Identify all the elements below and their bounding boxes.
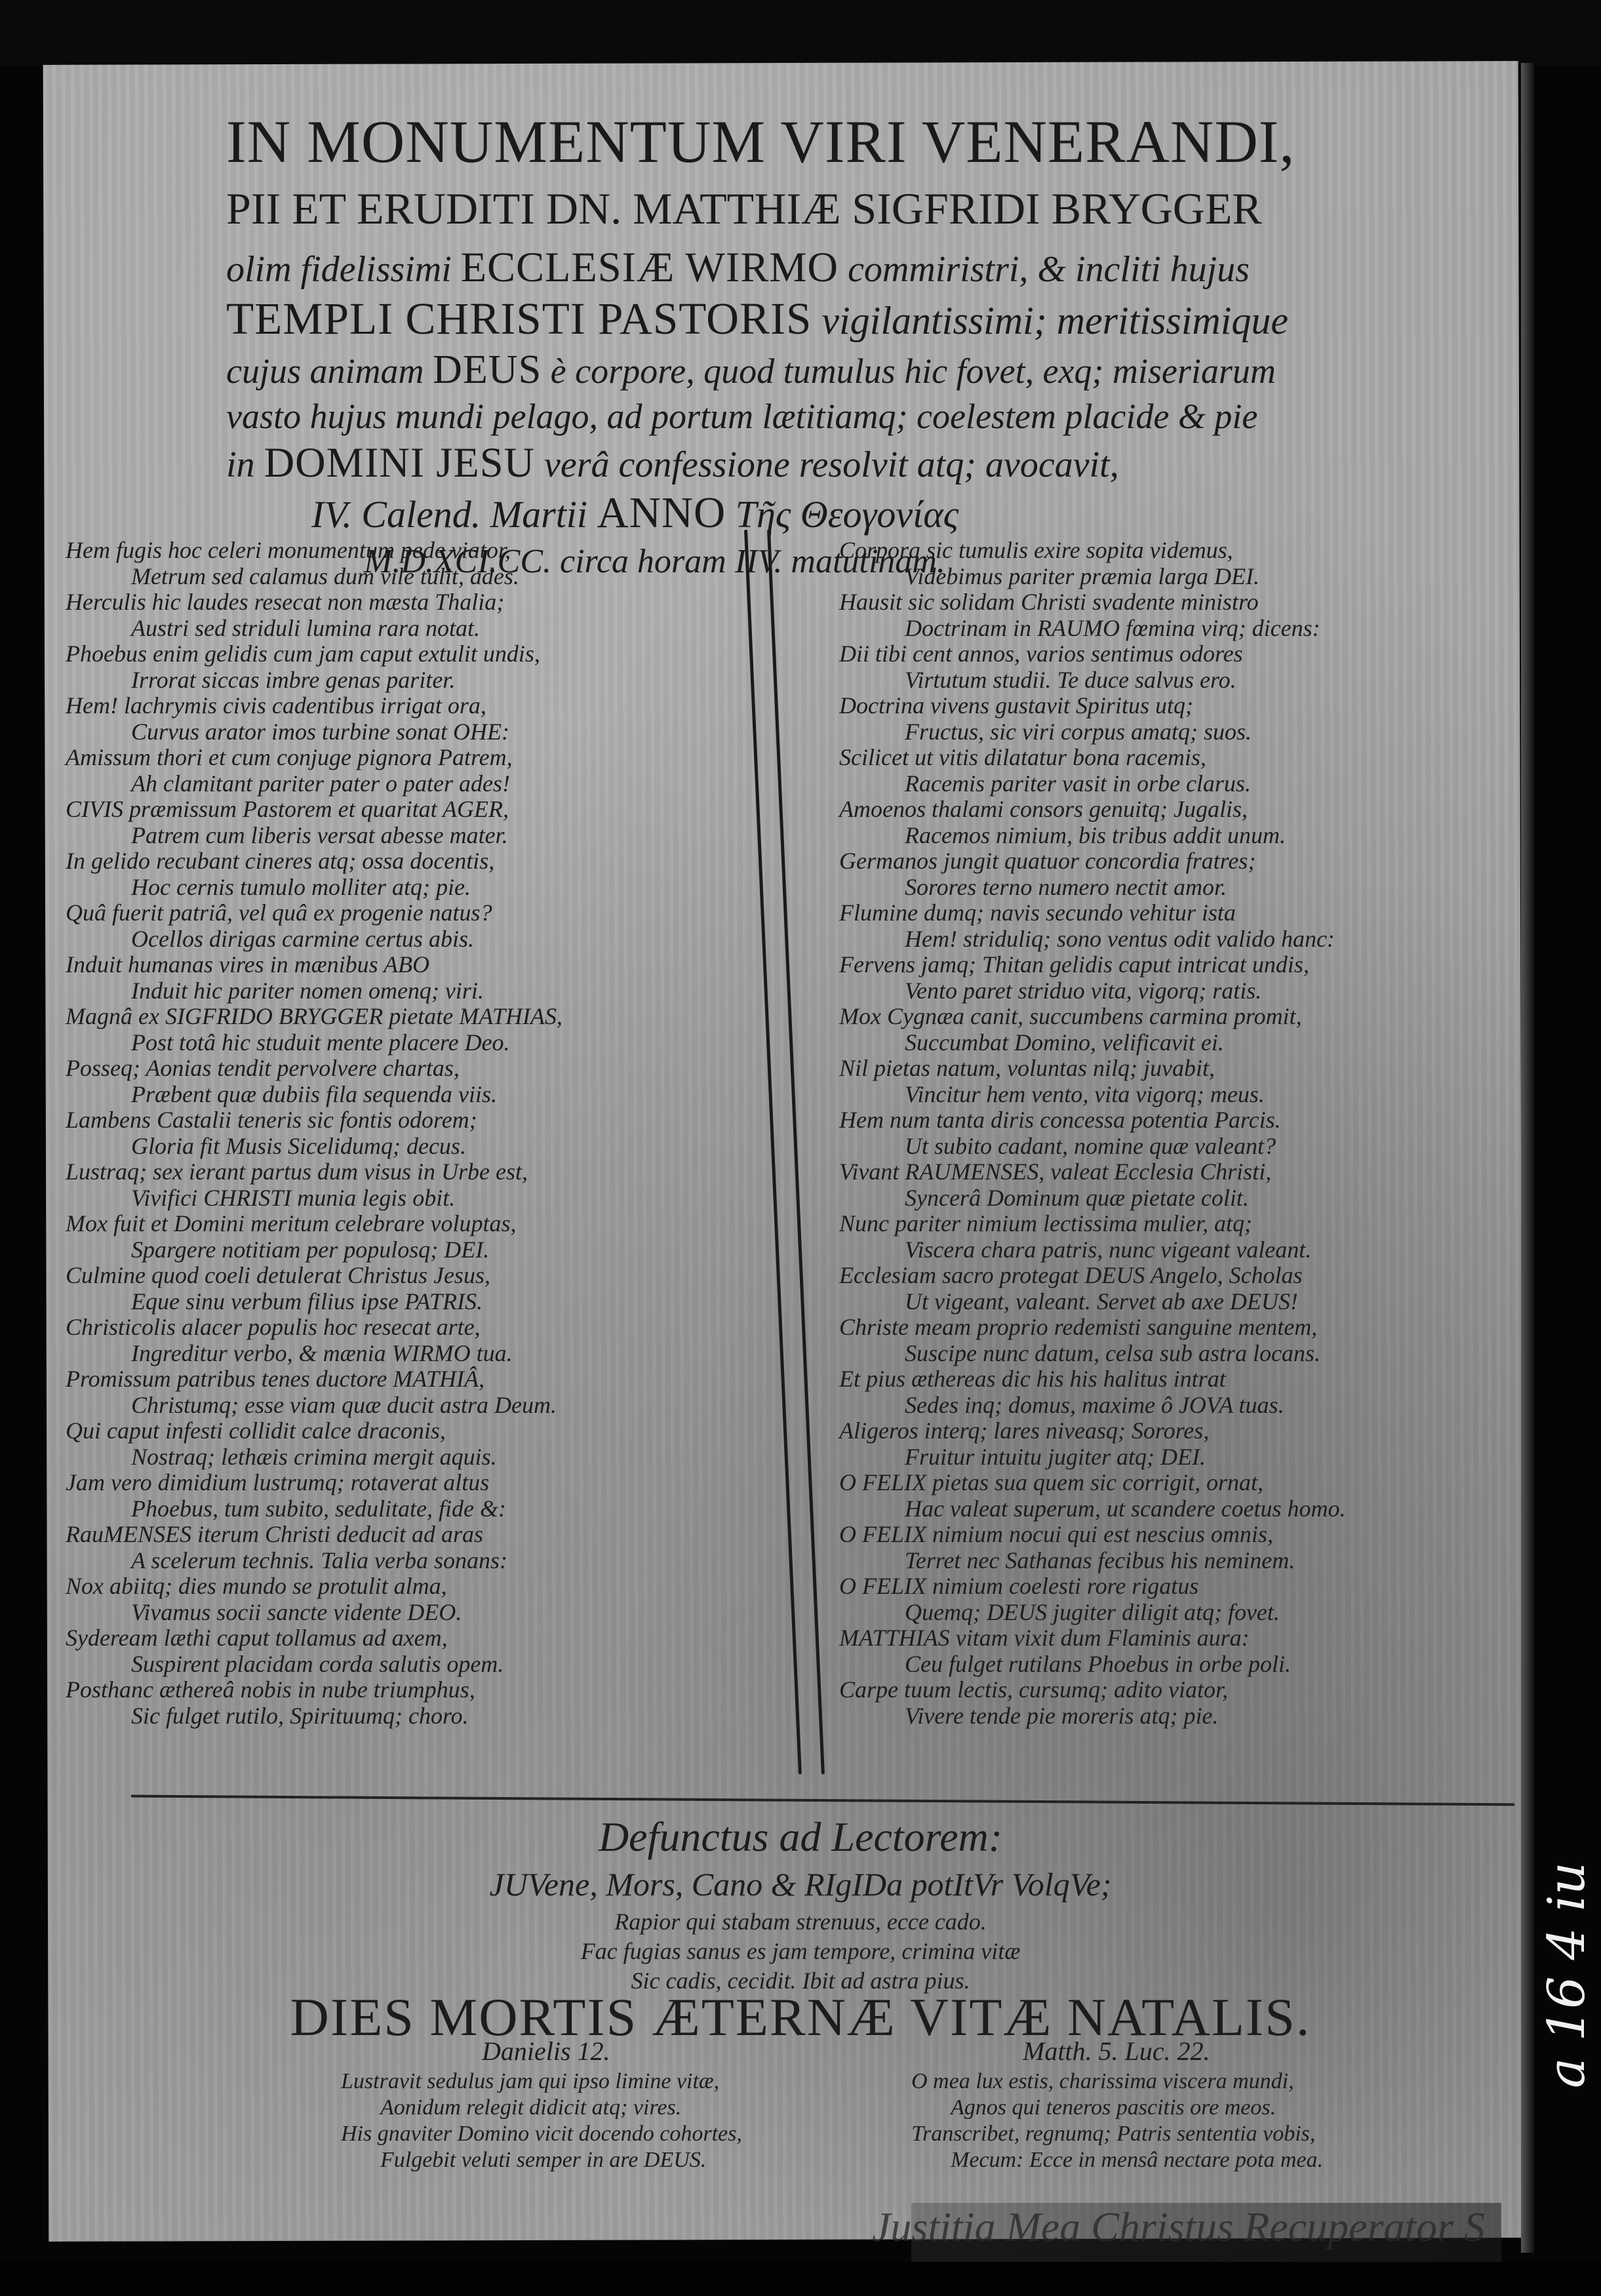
verse-line: Vento paret striduo vita, vigorq; ratis.	[839, 978, 1514, 1004]
verse-line: Mecum: Ecce in mensâ nectare pota mea.	[911, 2147, 1323, 2173]
bottom-verse-left: Lustravit sedulus jam qui ipso limine vi…	[341, 2068, 742, 2173]
verse-line: Carpe tuum lectis, cursumq; adito viator…	[839, 1677, 1514, 1703]
verse-line: Doctrinam in RAUMO fœmina virq; dicens:	[839, 616, 1514, 642]
verse-line: Suspirent placidam corda salutis opem.	[66, 1652, 741, 1678]
verse-line: Ah clamitant pariter pater o pater ades!	[66, 771, 741, 797]
verse-line: Ut subito cadant, nomine quæ valeant?	[839, 1134, 1514, 1160]
title-text: olim fidelissimi	[226, 249, 452, 290]
epitaph-line: Fac fugias sanus es jam tempore, crimina…	[0, 1937, 1601, 1965]
verse-line: Quâ fuerit patriâ, vel quâ ex progenie n…	[66, 900, 741, 926]
title-caps: ANNO	[597, 489, 726, 537]
bottom-verse-right: O mea lux estis, charissima viscera mund…	[911, 2068, 1323, 2173]
verse-line: Amissum thori et cum conjuge pignora Pat…	[66, 745, 741, 771]
verse-line: Vivere tende pie moreris atq; pie.	[839, 1703, 1514, 1730]
verse-line: Hoc cernis tumulo molliter atq; pie.	[66, 875, 741, 901]
verse-line: Agnos qui teneros pascitis ore meos.	[911, 2095, 1323, 2121]
verse-line: Doctrina vivens gustavit Spiritus utq;	[839, 693, 1514, 719]
verse-line: Racemos nimium, bis tribus addit unum.	[839, 823, 1514, 849]
verse-line: Hem num tanta diris concessa potentia Pa…	[839, 1107, 1514, 1134]
title-line-6: vasto hujus mundi pelago, ad portum læti…	[226, 399, 1452, 434]
verse-line: Metrum sed calamus dum vile tulit, ades.	[66, 564, 741, 590]
verse-line: Nil pietas natum, voluntas nilq; juvabit…	[839, 1056, 1514, 1082]
left-verse-column: Hem fugis hoc celeri monumentum pede via…	[66, 538, 741, 1729]
verse-line: Qui caput infesti collidit calce draconi…	[66, 1418, 741, 1444]
verse-line: In gelido recubant cineres atq; ossa doc…	[66, 848, 741, 875]
verse-line: CIVIS præmissum Pastorem et quaritat AGE…	[66, 797, 741, 823]
verse-line: Phoebus, tum subito, sedulitate, fide &:	[66, 1496, 741, 1522]
title-caps: DEUS	[433, 347, 542, 392]
verse-line: Videbimus pariter præmia larga DEI.	[839, 564, 1514, 590]
verse-line: Vivamus socii sancte vidente DEO.	[66, 1600, 741, 1626]
title-text: cujus animam	[226, 351, 424, 391]
verse-line: Hem fugis hoc celeri monumentum pede via…	[66, 538, 741, 564]
title-caps: ECCLESIÆ WIRMO	[461, 244, 839, 290]
verse-line: Amoenos thalami consors genuitq; Jugalis…	[839, 797, 1514, 823]
verse-line: Post totâ hic studuit mente placere Deo.	[66, 1030, 741, 1056]
title-text: in	[226, 445, 255, 485]
verse-line: Lustravit sedulus jam qui ipso limine vi…	[341, 2068, 742, 2095]
verse-line: Virtutum studii. Te duce salvus ero.	[839, 667, 1514, 694]
verse-line: Transcribet, regnumq; Patris sententia v…	[911, 2121, 1323, 2147]
verse-line: Sic fulget rutilo, Spirituumq; choro.	[66, 1703, 741, 1730]
right-verse-column: Corpora sic tumulis exire sopita videmus…	[839, 538, 1514, 1729]
verse-line: Suscipe nunc datum, celsa sub astra loca…	[839, 1341, 1514, 1367]
epitaph-line: Rapior qui stabam strenuus, ecce cado.	[0, 1908, 1601, 1935]
verse-line: Ocellos dirigas carmine certus abis.	[66, 926, 741, 953]
verse-line: Fervens jamq; Thitan gelidis caput intri…	[839, 952, 1514, 978]
verse-line: Austri sed striduli lumina rara notat.	[66, 616, 741, 642]
verse-line: Hac valeat superum, ut scandere coetus h…	[839, 1496, 1514, 1522]
verse-line: Spargere notitiam per populosq; DEI.	[66, 1237, 741, 1263]
verse-line: Et pius æthereas dic his his halitus int…	[839, 1366, 1514, 1393]
verse-line: Syncerâ Dominum quæ pietate colit.	[839, 1185, 1514, 1212]
title-text: commiristri, & incliti hujus	[848, 249, 1250, 290]
verse-line: Christicolis alacer populis hoc resecat …	[66, 1315, 741, 1341]
verse-line: Germanos jungit quatuor concordia fratre…	[839, 848, 1514, 875]
archive-handwritten-mark: a 16 4 iu	[1537, 1862, 1596, 2088]
verse-line: A scelerum technis. Talia verba sonans:	[66, 1548, 741, 1574]
verse-line: Vivifici CHRISTI munia legis obit.	[66, 1185, 741, 1212]
verse-line: O FELIX pietas sua quem sic corrigit, or…	[839, 1470, 1514, 1496]
title-line-4: TEMPLI CHRISTI PASTORIS vigilantissimi; …	[226, 296, 1452, 342]
verse-line: Sedes inq; domus, maxime ô JOVA tuas.	[839, 1393, 1514, 1419]
verse-line: Posseq; Aonias tendit pervolvere chartas…	[66, 1056, 741, 1082]
verse-line: Induit humanas vires in mænibus ABO	[66, 952, 741, 978]
verse-line: Posthanc æthereâ nobis in nube triumphus…	[66, 1677, 741, 1703]
verse-line: Hausit sic solidam Christi svadente mini…	[839, 589, 1514, 616]
verse-line: Christumq; esse viam quæ ducit astra Deu…	[66, 1393, 741, 1419]
title-text: IV. Calend. Martii	[311, 493, 587, 536]
verse-line: Hem! striduliq; sono ventus odit valido …	[839, 926, 1514, 953]
verse-line: Præbent quæ dubiis fila sequenda viis.	[66, 1082, 741, 1108]
verse-line: O mea lux estis, charissima viscera mund…	[911, 2068, 1323, 2095]
scan-top-border	[0, 0, 1601, 66]
scan-bottom-border	[0, 2262, 1601, 2296]
verse-line: Vivant RAUMENSES, valeat Ecclesia Christ…	[839, 1159, 1514, 1185]
verse-line: Nox abiitq; dies mundo se protulit alma,	[66, 1574, 741, 1600]
verse-line: O FELIX nimium coelesti rore rigatus	[839, 1574, 1514, 1600]
verse-line: Ingreditur verbo, & mænia WIRMO tua.	[66, 1341, 741, 1367]
verse-line: MATTHIAS vitam vixit dum Flaminis aura:	[839, 1625, 1514, 1652]
title-line-1: IN MONUMENTUM VIRI VENERANDI,	[226, 111, 1452, 172]
verse-line: RauMENSES iterum Christi deducit ad aras	[66, 1522, 741, 1548]
verse-line: Irrorat siccas imbre genas pariter.	[66, 667, 741, 694]
verse-line: Ut vigeant, valeant. Servet ab axe DEUS!	[839, 1289, 1514, 1315]
verse-line: Corpora sic tumulis exire sopita videmus…	[839, 538, 1514, 564]
title-line-2: PII ET ERUDITI DN. MATTHIÆ SIGFRIDI BRYG…	[226, 186, 1452, 231]
verse-line: Patrem cum liberis versat abesse mater.	[66, 823, 741, 849]
verse-line: Terret nec Sathanas fecibus his neminem.	[839, 1548, 1514, 1574]
title-block: IN MONUMENTUM VIRI VENERANDI, PII ET ERU…	[226, 111, 1452, 579]
title-line-7: in DOMINI JESU verâ confessione resolvit…	[226, 442, 1452, 484]
title-line-5: cujus animam DEUS è corpore, quod tumulu…	[226, 349, 1452, 390]
verse-line: Induit hic pariter nomen omenq; viri.	[66, 978, 741, 1004]
verse-line: O FELIX nimium nocui qui est nescius omn…	[839, 1522, 1514, 1548]
verse-line: Lambens Castalii teneris sic fontis odor…	[66, 1107, 741, 1134]
title-text: è corpore, quod tumulus hic fovet, exq; …	[551, 351, 1276, 391]
verse-line: Aligeros interq; lares niveasq; Sorores,	[839, 1418, 1514, 1444]
epitaph-heading: Defunctus ad Lectorem:	[0, 1813, 1601, 1861]
scripture-ref-left: Danielis 12.	[482, 2036, 610, 2067]
motto-heading: DIES MORTIS ÆTERNÆ VITÆ NATALIS.	[0, 1987, 1601, 2048]
verse-line: Fulgebit veluti semper in are DEUS.	[341, 2147, 742, 2173]
verse-line: Sorores terno numero nectit amor.	[839, 875, 1514, 901]
verse-line: Eque sinu verbum filius ipse PATRIS.	[66, 1289, 741, 1315]
verse-line: Mox Cygnæa canit, succumbens carmina pro…	[839, 1004, 1514, 1030]
verse-line: Nunc pariter nimium lectissima mulier, a…	[839, 1211, 1514, 1237]
verse-line: Hem! lachrymis civis cadentibus irrigat …	[66, 693, 741, 719]
verse-line: Phoebus enim gelidis cum jam caput extul…	[66, 641, 741, 667]
chronogram-line: JUVene, Mors, Cano & RIgIDa potItVr Volq…	[0, 1865, 1601, 1903]
verse-line: Dii tibi cent annos, varios sentimus odo…	[839, 641, 1514, 667]
verse-line: Jam vero dimidium lustrumq; rotaverat al…	[66, 1470, 741, 1496]
verse-line: Curvus arator imos turbine sonat OHE:	[66, 719, 741, 745]
title-caps: TEMPLI CHRISTI PASTORIS	[226, 294, 812, 344]
verse-line: Succumbat Domino, velificavit ei.	[839, 1030, 1514, 1056]
title-line-3: olim fidelissimi ECCLESIÆ WIRMO commiris…	[226, 247, 1452, 288]
verse-line: Nostraq; lethæis crimina mergit aquis.	[66, 1444, 741, 1471]
verse-line: Promissum patribus tenes ductore MATHIÂ,	[66, 1366, 741, 1393]
verse-line: Christe meam proprio redemisti sanguine …	[839, 1315, 1514, 1341]
verse-line: Viscera chara patris, nunc vigeant valea…	[839, 1237, 1514, 1263]
verse-line: Quemq; DEUS jugiter diligit atq; fovet.	[839, 1600, 1514, 1626]
verse-line: Flumine dumq; navis secundo vehitur ista	[839, 900, 1514, 926]
verse-line: His gnaviter Domino vicit docendo cohort…	[341, 2121, 742, 2147]
verse-line: Sydeream læthi caput tollamus ad axem,	[66, 1625, 741, 1652]
verse-line: Herculis hic laudes resecat non mæsta Th…	[66, 589, 741, 616]
title-text: vigilantissimi; meritissimique	[821, 299, 1288, 342]
verse-line: Lustraq; sex ierant partus dum visus in …	[66, 1159, 741, 1185]
verse-line: Aonidum relegit didicit atq; vires.	[341, 2095, 742, 2121]
verse-line: Mox fuit et Domini meritum celebrare vol…	[66, 1211, 741, 1237]
title-line-8: IV. Calend. Martii ANNO Τῆς Θεογονίας	[226, 492, 1452, 536]
verse-line: Culmine quod coeli detulerat Christus Je…	[66, 1263, 741, 1289]
verse-line: Magnâ ex SIGFRIDO BRYGGER pietate MATHIA…	[66, 1004, 741, 1030]
verse-line: Fructus, sic viri corpus amatq; suos.	[839, 719, 1514, 745]
title-text: verâ confessione resolvit atq; avocavit,	[544, 445, 1119, 485]
scripture-ref-right: Matth. 5. Luc. 22.	[1023, 2036, 1210, 2067]
verse-line: Ceu fulget rutilans Phoebus in orbe poli…	[839, 1652, 1514, 1678]
verse-line: Gloria fit Musis Sicelidumq; decus.	[66, 1134, 741, 1160]
verse-line: Scilicet ut vitis dilatatur bona racemis…	[839, 745, 1514, 771]
footer-motto: Justitia Mea Christus Recuperator S	[872, 2203, 1485, 2251]
verse-line: Fruitur intuitu jugiter atq; DEI.	[839, 1444, 1514, 1471]
verse-line: Ecclesiam sacro protegat DEUS Angelo, Sc…	[839, 1263, 1514, 1289]
title-caps: DOMINI JESU	[264, 439, 535, 486]
verse-line: Racemis pariter vasit in orbe clarus.	[839, 771, 1514, 797]
verse-line: Vincitur hem vento, vita vigorq; meus.	[839, 1082, 1514, 1108]
